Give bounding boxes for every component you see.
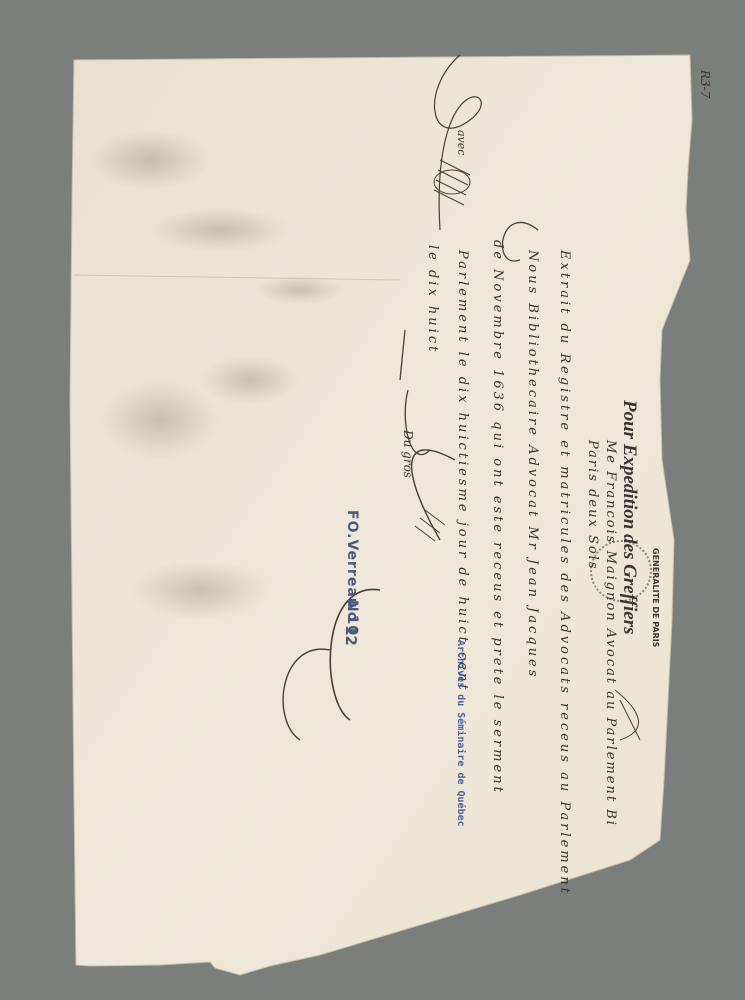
seal-text: GENERALITE DE PARIS bbox=[651, 548, 660, 647]
corner-annotation: R3-7 bbox=[698, 70, 712, 98]
handwritten-line-1: Me Francois Maignon Avocat au Parlement … bbox=[603, 440, 618, 827]
archive-name-stamp: Archives du Séminaire de Québec bbox=[455, 640, 466, 827]
handwritten-line-5: de Novembre 1636 qui ont este receus et … bbox=[490, 240, 505, 795]
handwritten-line-7: le dix huict bbox=[425, 245, 440, 354]
handwritten-line-3: Paris deux Sols bbox=[585, 440, 600, 571]
handwritten-line-6: Parlement le dix huictiesme jour de huic… bbox=[455, 250, 470, 693]
handwritten-line-4: Nous Bibliothecaire Advocat Mr Jean Jacq… bbox=[525, 250, 540, 679]
archive-number-value: 12 bbox=[342, 625, 360, 646]
signature: Du gros bbox=[401, 430, 415, 478]
archive-number-label: No bbox=[344, 600, 360, 621]
left-margin-mark: avec bbox=[455, 130, 468, 155]
handwritten-line-2: Extrait du Registre et matricules des Ad… bbox=[557, 250, 572, 896]
